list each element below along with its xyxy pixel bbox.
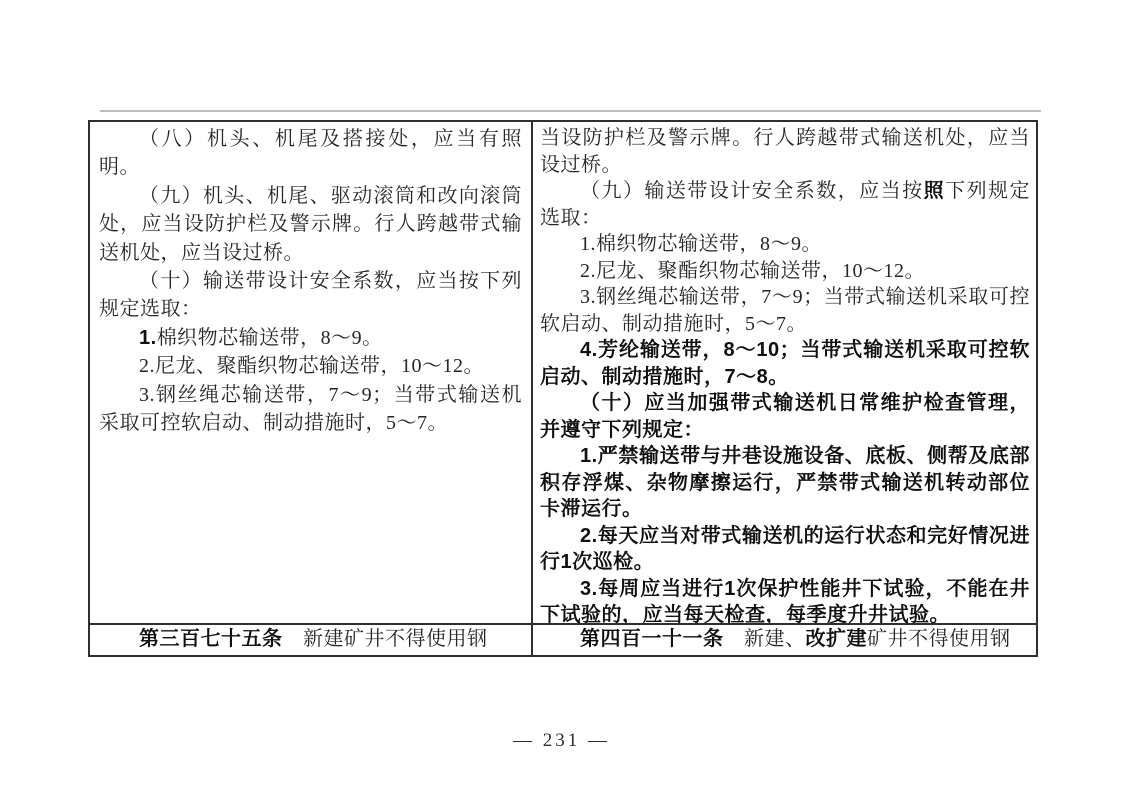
left-column-cell: （八）机头、机尾及搭接处，应当有照明。（九）机头、机尾、驱动滚筒和改向滚筒处，应… [90, 122, 533, 623]
emphasized-text: 1.严禁输送带与井巷设施设备、底板、侧帮及底部积存浮煤、杂物摩擦运行，严禁带式输… [540, 445, 1030, 520]
document-page: （八）机头、机尾及搭接处，应当有照明。（九）机头、机尾、驱动滚筒和改向滚筒处，应… [0, 0, 1123, 794]
emphasized-text: 改扩建 [806, 628, 868, 650]
emphasized-text: 3.每周应当进行1次保护性能井下试验，不能在井下试验的，应当每天检查，每季度升井… [540, 578, 1030, 624]
body-text: （九）输送带设计安全系数，应当按 [580, 180, 924, 202]
paragraph: 4.芳纶输送带，8～10；当带式输送机采取可控软启动、制动措施时，7～8。 [540, 337, 1030, 390]
paragraph: 3.钢丝绳芯输送带，7～9；当带式输送机采取可控软启动、制动措施时，5～7。 [99, 381, 522, 438]
paragraph: （十）应当加强带式输送机日常维护检查管理，并遵守下列规定： [540, 390, 1030, 443]
paragraph: （八）机头、机尾及搭接处，应当有照明。 [99, 125, 522, 182]
paragraph: 1.严禁输送带与井巷设施设备、底板、侧帮及底部积存浮煤、杂物摩擦运行，严禁带式输… [540, 443, 1030, 523]
right-column-cell: 当设防护栏及警示牌。行人跨越带式输送机处，应当设过桥。（九）输送带设计安全系数，… [533, 122, 1036, 623]
paragraph: 2.尼龙、聚酯织物芯输送带，10～12。 [99, 352, 522, 380]
paragraph: 3.钢丝绳芯输送带，7～9；当带式输送机采取可控软启动、制动措施时，5～7。 [540, 284, 1030, 337]
body-text: 2.尼龙、聚酯织物芯输送带，10～12。 [139, 355, 484, 377]
table-body-row: （八）机头、机尾及搭接处，应当有照明。（九）机头、机尾、驱动滚筒和改向滚筒处，应… [90, 122, 1036, 625]
emphasized-text: 4.芳纶输送带，8～10；当带式输送机采取可控软启动、制动措施时，7～8。 [540, 339, 1030, 388]
paragraph: 3.每周应当进行1次保护性能井下试验，不能在井下试验的，应当每天检查，每季度升井… [540, 576, 1030, 624]
emphasized-text: 第四百一十一条 [580, 628, 724, 650]
table-footer-row: 第三百七十五条 新建矿井不得使用钢 第四百一十一条 新建、改扩建矿井不得使用钢 [90, 625, 1036, 655]
body-text: 3.钢丝绳芯输送带，7～9；当带式输送机采取可控软启动、制动措施时，5～7。 [540, 286, 1030, 335]
body-text: 1.棉织物芯输送带，8～9。 [580, 233, 822, 255]
paragraph: （九）机头、机尾、驱动滚筒和改向滚筒处，应当设防护栏及警示牌。行人跨越带式输送机… [99, 182, 522, 267]
body-text: 当设防护栏及警示牌。行人跨越带式输送机处，应当设过桥。 [540, 127, 1030, 176]
paragraph: 1.棉织物芯输送带，8～9。 [99, 324, 522, 352]
emphasized-text: 2.每天应当对带式输送机的运行状态和完好情况进行1次巡检。 [540, 525, 1030, 574]
article-375-cell: 第三百七十五条 新建矿井不得使用钢 [90, 625, 533, 655]
regulation-comparison-table: （八）机头、机尾及搭接处，应当有照明。（九）机头、机尾、驱动滚筒和改向滚筒处，应… [88, 120, 1038, 657]
emphasized-text: 照 [924, 180, 945, 202]
article-411-cell: 第四百一十一条 新建、改扩建矿井不得使用钢 [533, 625, 1036, 655]
emphasized-text: 第三百七十五条 [139, 628, 283, 650]
body-text: 新建、 [724, 628, 806, 650]
body-text: 矿井不得使用钢 [867, 628, 1011, 650]
paragraph: 2.每天应当对带式输送机的运行状态和完好情况进行1次巡检。 [540, 523, 1030, 576]
paragraph: （十）输送带设计安全系数，应当按下列规定选取： [99, 267, 522, 324]
body-text: 2.尼龙、聚酯织物芯输送带，10～12。 [580, 260, 925, 282]
emphasized-text: 1. [139, 327, 157, 349]
body-text: 3.钢丝绳芯输送带，7～9；当带式输送机采取可控软启动、制动措施时，5～7。 [99, 384, 522, 434]
page-number: — 231 — [0, 730, 1123, 752]
body-text: （十）输送带设计安全系数，应当按下列规定选取： [99, 270, 522, 320]
body-text: 棉织物芯输送带，8～9。 [157, 327, 383, 349]
emphasized-text: （十）应当加强带式输送机日常维护检查管理，并遵守下列规定： [540, 392, 1030, 441]
paragraph: （九）输送带设计安全系数，应当按照下列规定选取： [540, 178, 1030, 231]
body-text: （九）机头、机尾、驱动滚筒和改向滚筒处，应当设防护栏及警示牌。行人跨越带式输送机… [99, 185, 522, 264]
paragraph: 2.尼龙、聚酯织物芯输送带，10～12。 [540, 258, 1030, 285]
body-text: （八）机头、机尾及搭接处，应当有照明。 [99, 128, 522, 178]
table-top-ghost-line [100, 110, 1041, 112]
paragraph: 当设防护栏及警示牌。行人跨越带式输送机处，应当设过桥。 [540, 125, 1030, 178]
paragraph: 1.棉织物芯输送带，8～9。 [540, 231, 1030, 258]
body-text: 新建矿井不得使用钢 [283, 628, 488, 650]
